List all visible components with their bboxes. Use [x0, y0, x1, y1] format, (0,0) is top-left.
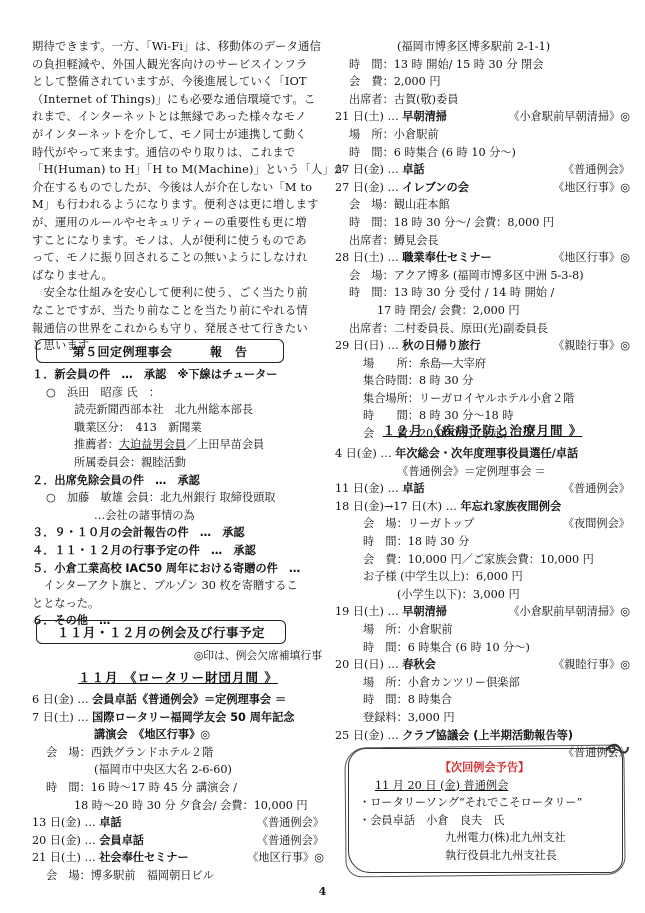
schedule-line: お子様 (中学生以上)：6,000 円	[335, 568, 630, 586]
next-meeting-title: 【次回例会予告】	[359, 759, 610, 777]
board-report-item: …会社の諸事情の為	[32, 507, 324, 525]
event-date: 29 日(日) …	[335, 339, 399, 352]
event-name: 国際ロータリー福岡学友会 50 周年記念	[92, 711, 294, 724]
schedule-line: 6 日(金) … 会員卓話《普通例会》＝定例理事会 ＝	[32, 691, 324, 709]
essay-line: （Internet of Things)」にも必要な通信環境です。こ	[32, 91, 324, 109]
board-report-item: ２．出席免除会員の件 … 承認	[32, 472, 324, 490]
december-heading-wrap: １２月 《疾病予防と治療月間 》	[335, 420, 630, 442]
speaker-title: 執行役員北九州支社長	[359, 847, 610, 865]
schedule-line: 25 日(金) … クラブ協議会 (上半期活動報告等)	[335, 727, 630, 745]
board-report-heading: 第５回定例理事会 報 告	[36, 339, 284, 363]
schedule-line: 場 所：小倉駅前	[335, 126, 630, 144]
event-date: 7 日(土) …	[32, 711, 89, 724]
event-name: 年次総会・次年度理事役員選任/卓話	[395, 447, 578, 460]
event-detail: 時 間：13 時 開始/ 15 時 30 分 閉会	[349, 58, 543, 71]
schedule-line: 4 日(金) … 年次総会・次年度理事役員選任/卓話	[335, 445, 630, 463]
schedule-line: 出席者：古賀(敬)委員	[335, 91, 630, 109]
board-report-item: 所属委員会：親睦活動	[32, 454, 324, 472]
schedule-line: 時 間：18 時 30 分	[335, 533, 630, 551]
event-detail: 出席者：鱒見会長	[349, 234, 439, 247]
event-detail: お子様 (中学生以上)：6,000 円	[363, 570, 523, 583]
schedule-line: 時 間：13 時 開始/ 15 時 30 分 閉会	[335, 56, 630, 74]
speaker-company: 九州電力(株)北九州支社	[359, 829, 610, 847]
schedule-line: 時 間：8 時集合	[335, 691, 630, 709]
event-category: 《親睦行事》◎	[553, 656, 630, 674]
schedule-line: 《普通例会》＝定例理事会 ＝	[335, 463, 630, 481]
schedule-line: 会 場：博多駅前 福岡朝日ビル	[32, 867, 324, 885]
event-name: 社会奉仕セミナー	[99, 851, 189, 864]
essay-line: M」も行われるようになります。便利さは更に増します	[32, 196, 324, 214]
board-report-item: 推薦者：大迫益男会員／上田早苗会員	[32, 436, 324, 454]
november-heading: １１月 《ロータリー財団月間 》	[32, 667, 324, 689]
event-date: 19 日(土) …	[335, 605, 399, 618]
event-detail: 会 場：西鉄グランドホテル２階	[46, 746, 213, 759]
event-detail: 場 所：糸島―大宰府	[363, 357, 486, 370]
event-date: 4 日(金) …	[335, 447, 392, 460]
schedule-line: 《親睦行事》◎20 日(日) … 春秋会	[335, 656, 630, 674]
event-name: 卓話	[402, 163, 424, 176]
event-category: 《普通例会》	[257, 832, 324, 850]
board-report-item: 職業区分： 413 新聞業	[32, 419, 324, 437]
event-detail: 17 時 閉会/ 会費：2,000 円	[377, 304, 520, 317]
event-detail: 出席者：二村委員長、原田(光)副委員長	[349, 322, 548, 335]
schedule-line: 《普通例会》20 日(金) … 会員卓話	[32, 832, 324, 850]
schedule-line: 会 場：西鉄グランドホテル２階	[32, 744, 324, 762]
schedule-line: 《普通例会》27 日(金) … 卓話	[335, 161, 630, 179]
event-detail: 場 所：小倉駅前	[363, 623, 453, 636]
event-name: 講演会 《地区行事》◎	[94, 728, 210, 741]
event-category: 《夜間例会》	[563, 515, 630, 533]
schedule-line: 時 間：6 時集合 (6 時 10 分～)	[335, 639, 630, 657]
event-date: 21 日(土) …	[32, 851, 96, 864]
event-date: 21 日(土) …	[335, 110, 399, 123]
schedule-line: 集合時間：8 時 30 分	[335, 372, 630, 390]
schedule-line: 講演会 《地区行事》◎	[32, 726, 324, 744]
event-detail: 会 費：2,000 円	[349, 75, 441, 88]
event-detail: 時 間：6 時集合 (6 時 10 分～)	[349, 146, 516, 159]
event-name: クラブ協議会 (上半期活動報告等)	[402, 729, 573, 742]
schedule-line: (小学生以下)：3,000 円	[335, 586, 630, 604]
event-category: 《普通例会》	[563, 480, 630, 498]
schedule-line: 《小倉駅前早朝清掃》◎21 日(土) … 早朝清掃	[335, 108, 630, 126]
schedule-line: 《普通例会》13 日(金) … 卓話	[32, 814, 324, 832]
schedule-line: 18 時～20 時 30 分 夕食会/ 会費：10,000 円	[32, 797, 324, 815]
board-report-item: ３．９・１０月の会計報告の件 … 承認	[32, 524, 324, 542]
november-heading-wrap: １１月 《ロータリー財団月間 》	[32, 667, 324, 689]
event-category: 《地区行事》◎	[553, 179, 630, 197]
event-detail: 18 時～20 時 30 分 夕食会/ 会費：10,000 円	[74, 799, 308, 812]
essay-line: が、運用のルールやセキュリティーの重要性も更に増	[32, 214, 324, 232]
schedule-line: 場 所：小倉カンツリー倶楽部	[335, 674, 630, 692]
event-name: 秋の日帰り旅行	[402, 339, 480, 352]
event-detail: 時 間：18 時 30 分～/ 会費：8,000 円	[349, 216, 554, 229]
event-date: 27 日(金) …	[335, 163, 399, 176]
event-date: 28 日(土) …	[335, 251, 399, 264]
board-report-item: １．新会員の件 … 承認 ※下線はチューター	[32, 366, 324, 384]
schedule-line: 会 費：2,000 円	[335, 73, 630, 91]
schedule-line: 集合場所：リーガロイヤルホテル小倉２階	[335, 390, 630, 408]
event-detail: 登録料：3,000 円	[363, 711, 455, 724]
event-detail: (小学生以下)：3,000 円	[397, 588, 520, 601]
schedule-line: 《夜間例会》会 場：リーガトップ	[335, 515, 630, 533]
schedule-line: 7 日(土) … 国際ロータリー福岡学友会 50 周年記念	[32, 709, 324, 727]
event-name: 春秋会	[402, 658, 436, 671]
december-heading: １２月 《疾病予防と治療月間 》	[335, 420, 630, 442]
board-report-item: インターアクト旗と、ブルゾン 30 枚を寄贈するこ	[32, 577, 324, 595]
board-report-item: ４．１１・１２月の行事予定の件 … 承認	[32, 542, 324, 560]
schedule-line: 時 間：18 時 30 分～/ 会費：8,000 円	[335, 214, 630, 232]
schedule-line: 時 間：16 時～17 時 45 分 講演会 /	[32, 779, 324, 797]
schedule-line: 18 日(金)→17 日(木) … 年忘れ家族夜間例会	[335, 498, 630, 516]
event-name: 会員卓話《普通例会》＝定例理事会 ＝	[92, 693, 286, 706]
event-detail: 会 場：リーガトップ	[363, 517, 474, 530]
schedule-line: 場 所：小倉駅前	[335, 621, 630, 639]
essay-line: れまで、インターネットとは無縁であった様々なモノ	[32, 108, 324, 126]
board-report-item: ととなった。	[32, 595, 324, 613]
schedule-line: 《地区行事》◎27 日(金) … イレブンの会	[335, 179, 630, 197]
november-schedule-left: 6 日(金) … 会員卓話《普通例会》＝定例理事会 ＝7 日(土) … 国際ロー…	[32, 691, 324, 885]
event-detail: 会 費：10,000 円／ご家族会費：10,000 円	[363, 553, 594, 566]
board-report-item: 読売新聞西部本社 北九州総本部長	[32, 401, 324, 419]
event-detail: 会 場：アクア博多 (福岡市博多区中洲 5-3-8)	[349, 269, 584, 282]
event-category: 《親睦行事》◎	[553, 337, 630, 355]
board-report-title: 第５回定例理事会 報 告	[72, 343, 247, 360]
schedule-line: (福岡市中央区大名 2-6-60)	[32, 761, 324, 779]
event-category: 《普通例会》	[257, 814, 324, 832]
essay-line: ばなりません。	[32, 267, 324, 285]
schedule-line: 時 間：13 時 30 分 受付 / 14 時 開始 /	[335, 284, 630, 302]
essay-line: がインターネットを介して、モノ同士が連携して動く	[32, 126, 324, 144]
event-detail: (福岡市中央区大名 2-6-60)	[94, 763, 232, 776]
schedule-line: 《地区行事》◎28 日(土) … 職業奉仕セミナー	[335, 249, 630, 267]
event-category: 《地区行事》◎	[247, 849, 324, 867]
event-detail: 場 所：小倉カンツリー倶楽部	[363, 676, 520, 689]
event-detail: (福岡市博多区博多駅前 2-1-1)	[397, 40, 550, 53]
event-date: 20 日(日) …	[335, 658, 399, 671]
board-report-items: １．新会員の件 … 承認 ※下線はチューター○ 浜田 昭彦 氏 ：読売新聞西部本…	[32, 366, 324, 630]
essay-text: 期待できます。一方、「Wi-Fi」は、移動体のデータ通信の負担軽減や、外国人観光…	[32, 38, 324, 355]
schedule-line: (福岡市博多区博多駅前 2-1-1)	[335, 38, 630, 56]
event-name: 年忘れ家族夜間例会	[460, 500, 561, 513]
event-detail: 時 間：16 時～17 時 45 分 講演会 /	[46, 781, 237, 794]
event-detail: 時 間：8 時集合	[363, 693, 452, 706]
december-schedule: 4 日(金) … 年次総会・次年度理事役員選任/卓話《普通例会》＝定例理事会 ＝…	[335, 445, 630, 762]
page-number: 4	[0, 885, 645, 898]
essay-line: 「H(Human) to H」「H to M(Machine)」という「人」が	[32, 161, 324, 179]
decorative-curl-icon	[604, 741, 630, 759]
essay-line: 介在するものでしたが、今後は人が介在しない「M to	[32, 179, 324, 197]
event-name: イレブンの会	[402, 181, 469, 194]
schedule-line: 《地区行事》◎21 日(土) … 社会奉仕セミナー	[32, 849, 324, 867]
schedule-line: 会 費：10,000 円／ご家族会費：10,000 円	[335, 551, 630, 569]
tutor-name: 大迫益男会員	[119, 438, 186, 451]
essay-line: 報通信の世界をこれからも守り、発展させて行きたい	[32, 320, 324, 338]
essay-line: 安全な仕組みを安心して便利に使う、ごく当たり前	[32, 284, 324, 302]
essay-line: 期待できます。一方、「Wi-Fi」は、移動体のデータ通信	[32, 38, 324, 56]
event-detail: 集合場所：リーガロイヤルホテル小倉２階	[363, 392, 574, 405]
board-report-item: ５．小倉工業高校 IAC50 周年における寄贈の件 …	[32, 560, 324, 578]
next-meeting-date: 11 月 20 日 (金) 普通例会	[359, 777, 610, 795]
event-name: 卓話	[99, 816, 121, 829]
board-report-item: ○ 加藤 敏雄 会員：北九州銀行 取締役頭取	[32, 489, 324, 507]
event-detail: 時 間：6 時集合 (6 時 10 分～)	[363, 641, 530, 654]
essay-line: なことですが、当たり前なことを当たり前にやれる情	[32, 302, 324, 320]
essay-line: って、モノに振り回されることの無いようにしなけれ	[32, 249, 324, 267]
schedule-line: 17 時 閉会/ 会費：2,000 円	[335, 302, 630, 320]
event-detail: 場 所：小倉駅前	[349, 128, 439, 141]
event-category: 《小倉駅前早朝清掃》◎	[508, 603, 630, 621]
essay-line: 時代がやって来ます。通信のやり取りは、これまで	[32, 144, 324, 162]
event-date: 6 日(金) …	[32, 693, 89, 706]
event-date: 25 日(金) …	[335, 729, 399, 742]
schedule-note-text: ◎印は、例会欠席補填行事	[32, 647, 322, 665]
essay-line: として整備されていますが、今後進展していく「IOT	[32, 73, 324, 91]
schedule-line: 《普通例会》11 日(金) … 卓話	[335, 480, 630, 498]
event-name: 会員卓話	[99, 834, 144, 847]
schedule-heading: １１月・１２月の例会及び行事予定	[36, 620, 286, 644]
schedule-line: 出席者：鱒見会長	[335, 232, 630, 250]
schedule-line: 《小倉駅前早朝清掃》◎19 日(土) … 早朝清掃	[335, 603, 630, 621]
event-date: 27 日(金) …	[335, 181, 399, 194]
event-category: 《地区行事》◎	[553, 249, 630, 267]
co-recommender: ／上田早苗会員	[186, 438, 264, 451]
event-date: 18 日(金)→17 日(木) …	[335, 500, 457, 513]
essay-line: の負担軽減や、外国人観光客向けのサービスインフラ	[32, 56, 324, 74]
event-detail: 出席者：古賀(敬)委員	[349, 93, 458, 106]
schedule-line: 会 場：アクア博多 (福岡市博多区中洲 5-3-8)	[335, 267, 630, 285]
event-detail: 時 間：13 時 30 分 受付 / 14 時 開始 /	[349, 286, 554, 299]
schedule-line: 時 間：6 時集合 (6 時 10 分～)	[335, 144, 630, 162]
event-name: 職業奉仕セミナー	[402, 251, 492, 264]
board-report-item: ○ 浜田 昭彦 氏 ：	[32, 384, 324, 402]
event-detail: 会 場：観山荘本館	[349, 198, 450, 211]
schedule-line: 《親睦行事》◎29 日(日) … 秋の日帰り旅行	[335, 337, 630, 355]
event-detail: 会 場：博多駅前 福岡朝日ビル	[46, 869, 214, 882]
event-detail: 《普通例会》＝定例理事会 ＝	[397, 465, 546, 478]
november-schedule-right: (福岡市博多区博多駅前 2-1-1)時 間：13 時 開始/ 15 時 30 分…	[335, 38, 630, 443]
event-detail: 集合時間：8 時 30 分	[363, 374, 473, 387]
event-detail: 時 間：18 時 30 分	[363, 535, 469, 548]
essay-line: すことになります。モノは、人が便利に使うものであ	[32, 232, 324, 250]
event-name: 卓話	[402, 482, 424, 495]
next-meeting-item-talk: ・会員卓話 小倉 良夫 氏	[359, 812, 610, 830]
schedule-note: ◎印は、例会欠席補填行事	[32, 647, 322, 665]
recommender-label: 推薦者：	[74, 438, 119, 451]
schedule-line: 登録料：3,000 円	[335, 709, 630, 727]
next-meeting-notice: 【次回例会予告】 11 月 20 日 (金) 普通例会 ・ロータリーソング“それ…	[348, 748, 623, 873]
schedule-line: 場 所：糸島―大宰府	[335, 355, 630, 373]
schedule-title: １１月・１２月の例会及び行事予定	[57, 623, 265, 641]
next-meeting-item-song: ・ロータリーソング“それでこそロータリー”	[359, 794, 610, 812]
event-date: 13 日(金) …	[32, 816, 96, 829]
event-name: 早朝清掃	[402, 110, 447, 123]
event-name: 早朝清掃	[402, 605, 447, 618]
event-category: 《小倉駅前早朝清掃》◎	[508, 108, 630, 126]
event-date: 20 日(金) …	[32, 834, 96, 847]
event-date: 11 日(金) …	[335, 482, 399, 495]
schedule-line: 出席者：二村委員長、原田(光)副委員長	[335, 320, 630, 338]
event-category: 《普通例会》	[563, 161, 630, 179]
schedule-line: 会 場：観山荘本館	[335, 196, 630, 214]
